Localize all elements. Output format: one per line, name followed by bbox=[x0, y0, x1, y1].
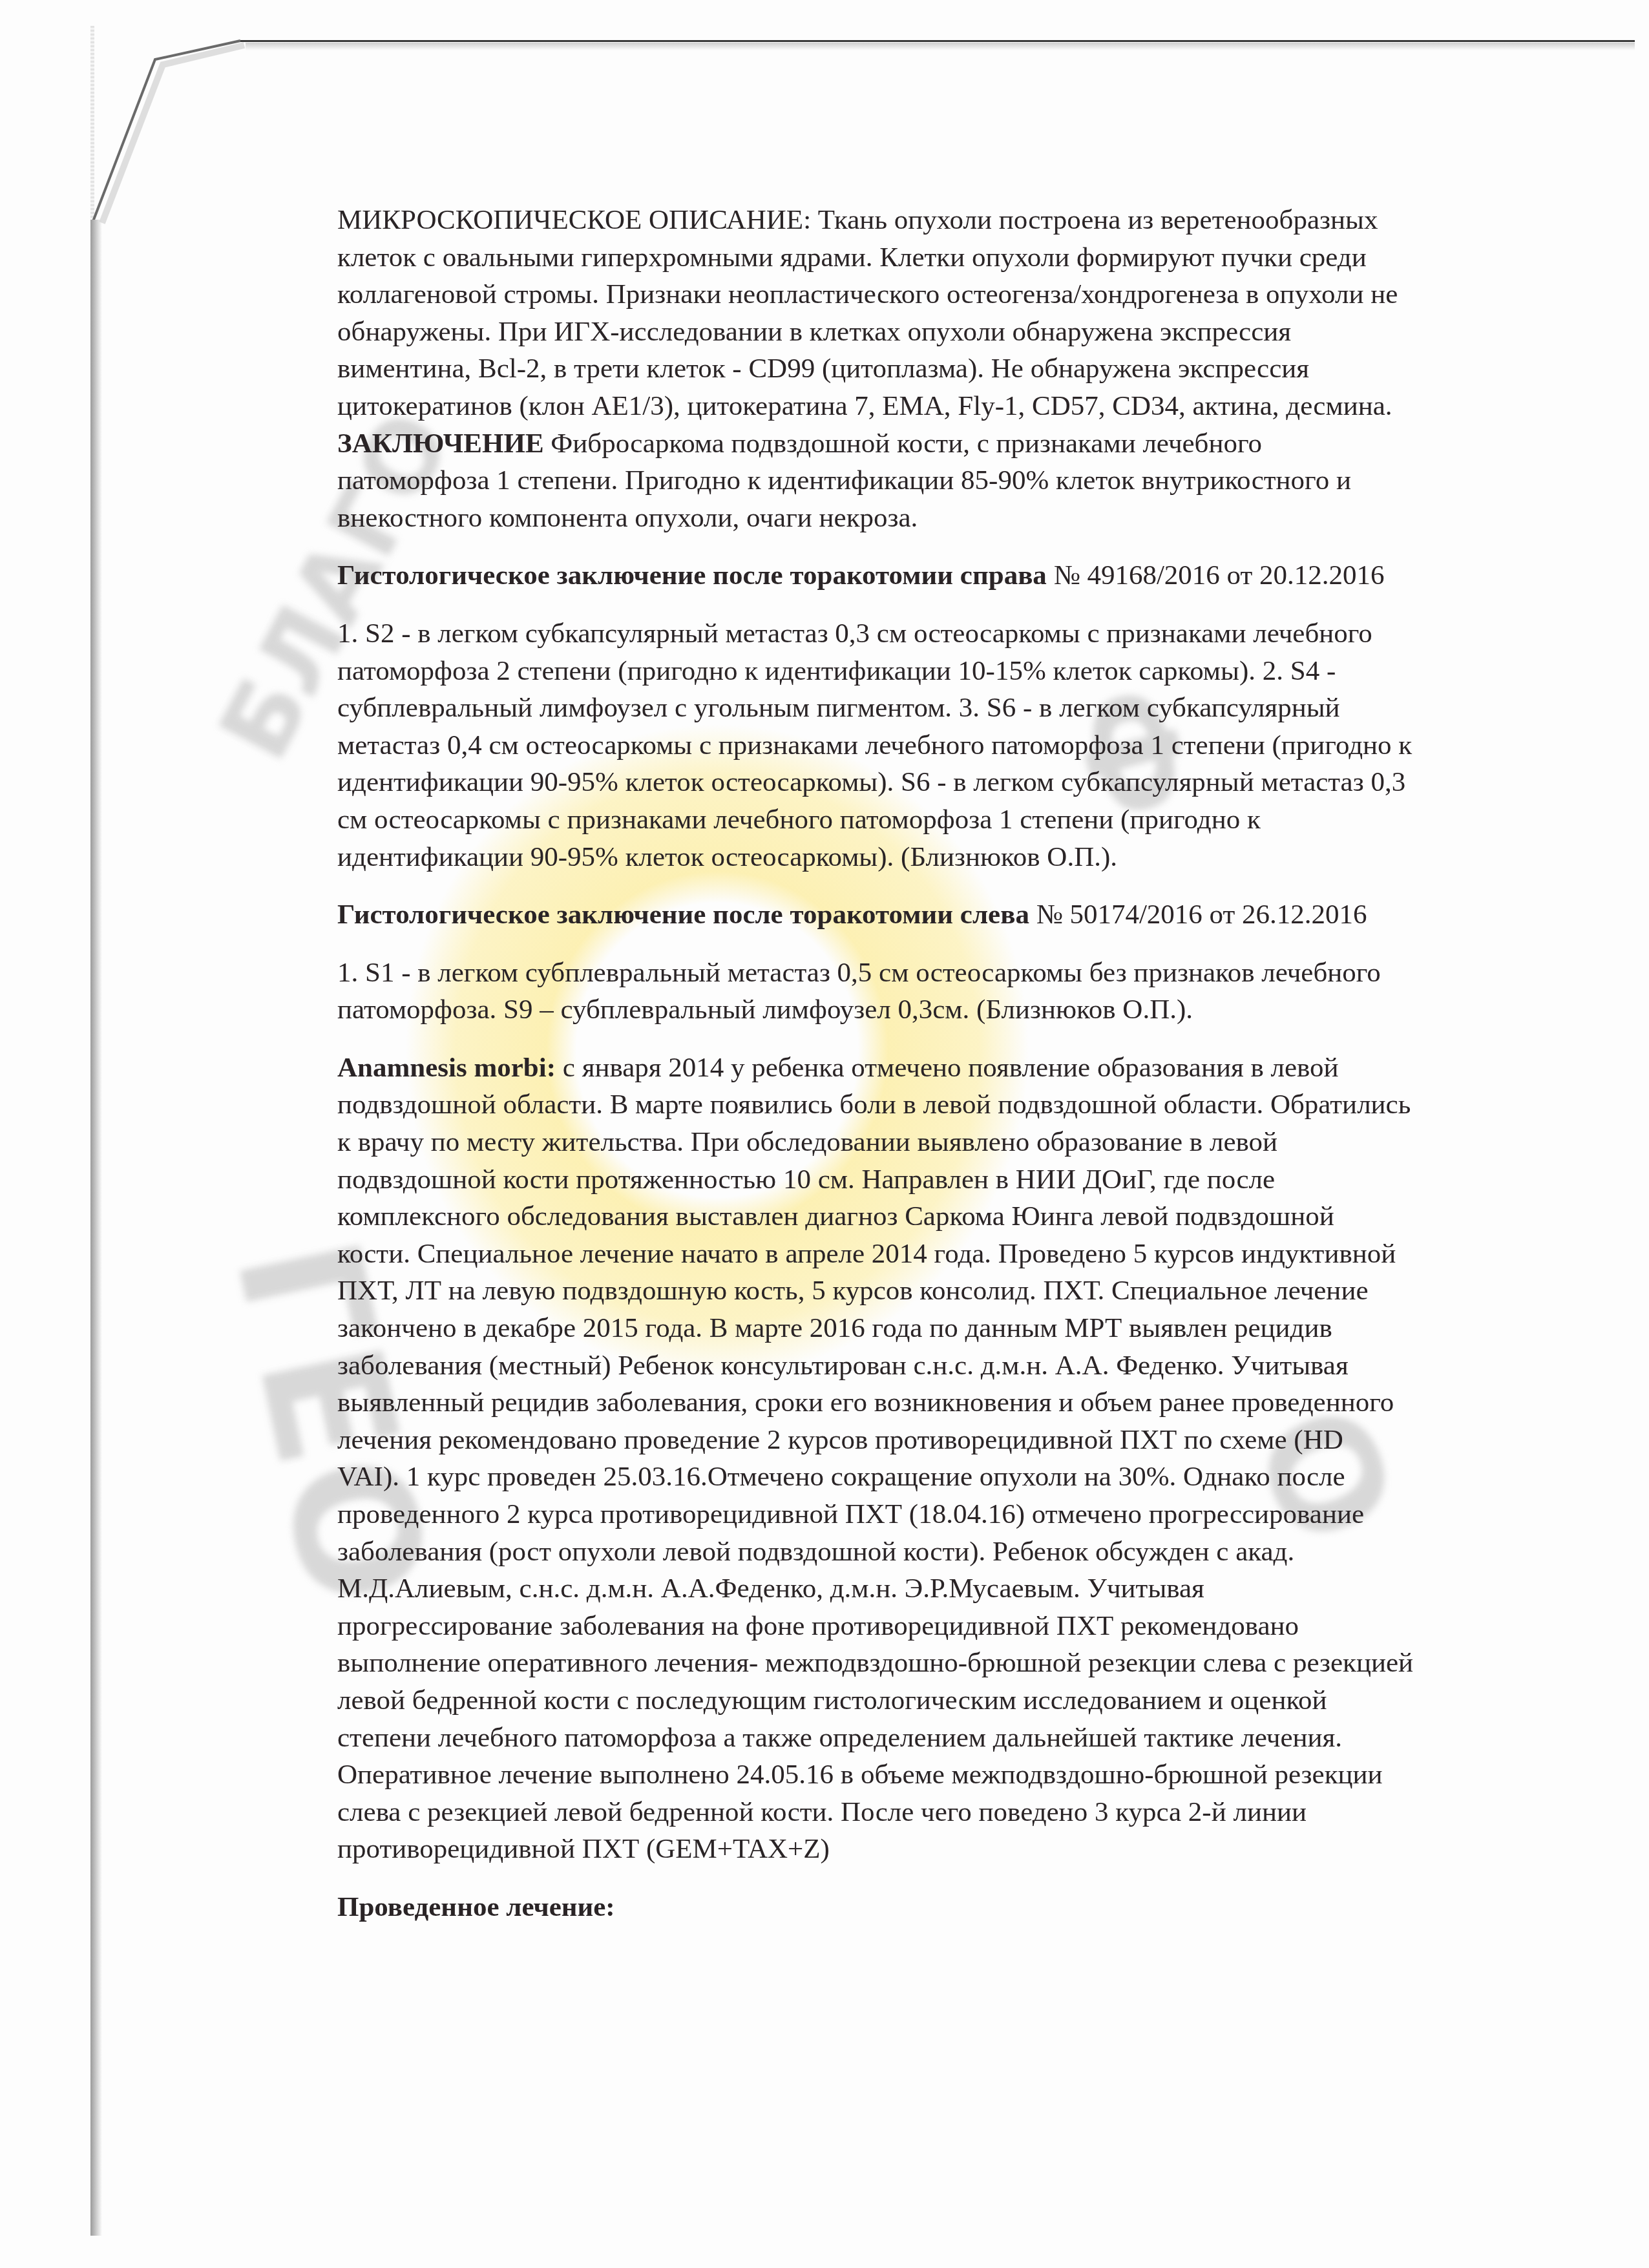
anamnesis-line: выявленный рецидив заболевания, сроки ег… bbox=[337, 1384, 1565, 1422]
scan-left-edge bbox=[90, 220, 102, 2236]
treatment: Проведенное лечение: bbox=[337, 1889, 1565, 1926]
anamnesis-line: лечения рекомендовано проведение 2 курсо… bbox=[337, 1422, 1565, 1459]
histology-right-line: субплевральный лимфоузел с угольным пигм… bbox=[337, 689, 1565, 727]
spacer bbox=[337, 934, 1565, 954]
histology-left-ref: № 50174/2016 от 26.12.2016 bbox=[1029, 899, 1367, 930]
conclusion-line: патоморфоза 1 степени. Пригодно к иденти… bbox=[337, 462, 1565, 499]
conclusion-line: внекостного компонента опухоли, очаги не… bbox=[337, 499, 1565, 537]
anamnesis-line: Оперативное лечение выполнено 24.05.16 в… bbox=[337, 1756, 1565, 1794]
microscopic-line: виментина, Bcl-2, в трети клеток - CD99 … bbox=[337, 350, 1565, 388]
histology-right-line: 1. S2 - в легком субкапсулярный метастаз… bbox=[337, 615, 1565, 653]
microscopic-line: цитокератинов (клон AE1/3), цитокератина… bbox=[337, 388, 1565, 425]
microscopic-description: МИКРОСКОПИЧЕСКОЕ ОПИСАНИЕ: Ткань опухоли… bbox=[337, 202, 1565, 425]
microscopic-line: клеток с овальными гиперхромными ядрами.… bbox=[337, 239, 1565, 277]
scan-top-edge-shadow bbox=[246, 43, 1635, 50]
scan-top-edge bbox=[240, 40, 1635, 42]
anamnesis-line: выполнение оперативного лечения- межподв… bbox=[337, 1644, 1565, 1682]
anamnesis-line: прогрессирование заболевания на фоне про… bbox=[337, 1608, 1565, 1645]
conclusion-line: ЗАКЛЮЧЕНИЕ Фибросаркома подвздошной кост… bbox=[337, 425, 1565, 463]
histology-right-heading: Гистологическое заключение после торакот… bbox=[337, 557, 1565, 594]
histology-left: Гистологическое заключение после торакот… bbox=[337, 896, 1565, 1029]
anamnesis-line: VAI). 1 курс проведен 25.03.16.Отмечено … bbox=[337, 1458, 1565, 1496]
spacer bbox=[337, 536, 1565, 557]
anamnesis-line: ПХТ, ЛТ на левую подвздошную кость, 5 ку… bbox=[337, 1272, 1565, 1310]
anamnesis-morbi: Anamnesis morbi: с января 2014 у ребенка… bbox=[337, 1049, 1565, 1868]
spacer bbox=[337, 1868, 1565, 1889]
treatment-heading: Проведенное лечение: bbox=[337, 1889, 1565, 1926]
anamnesis-line: степени лечебного патоморфоза а также оп… bbox=[337, 1719, 1565, 1757]
spacer bbox=[337, 876, 1565, 896]
anamnesis-line: заболевания (рост опухоли левой подвздош… bbox=[337, 1533, 1565, 1571]
anamnesis-line: подвздошной кости протяженностью 10 см. … bbox=[337, 1161, 1565, 1199]
microscopic-line: обнаружены. При ИГХ-исследовании в клетк… bbox=[337, 313, 1565, 351]
conclusion: ЗАКЛЮЧЕНИЕ Фибросаркома подвздошной кост… bbox=[337, 425, 1565, 537]
histology-right-line: патоморфоза 2 степени (пригодно к иденти… bbox=[337, 653, 1565, 690]
anamnesis-line: Anamnesis morbi: с января 2014 у ребенка… bbox=[337, 1049, 1565, 1087]
histology-right-line: см остеосаркомы с признаками лечебного п… bbox=[337, 801, 1565, 839]
histology-right-line: идентификации 90-95% клеток остеосаркомы… bbox=[337, 764, 1565, 801]
anamnesis-line: подвздошной области. В марте появились б… bbox=[337, 1086, 1565, 1124]
histology-right-line: метастаз 0,4 см остеосаркомы с признакам… bbox=[337, 727, 1565, 764]
microscopic-line: МИКРОСКОПИЧЕСКОЕ ОПИСАНИЕ: Ткань опухоли… bbox=[337, 202, 1565, 239]
anamnesis-line: комплексного обследования выставлен диаг… bbox=[337, 1198, 1565, 1235]
document-body: МИКРОСКОПИЧЕСКОЕ ОПИСАНИЕ: Ткань опухоли… bbox=[337, 202, 1565, 1926]
anamnesis-line: противорецидивной ПХТ (GEM+TAX+Z) bbox=[337, 1831, 1565, 1868]
microscopic-line: коллагеновой стромы. Признаки неопластич… bbox=[337, 276, 1565, 313]
anamnesis-line: слева с резекцией левой бедренной кости.… bbox=[337, 1794, 1565, 1831]
spacer bbox=[337, 1029, 1565, 1049]
anamnesis-line: М.Д.Алиевым, с.н.с. д.м.н. А.А.Феденко, … bbox=[337, 1570, 1565, 1608]
conclusion-label: ЗАКЛЮЧЕНИЕ bbox=[337, 428, 544, 459]
histology-left-line: 1. S1 - в легком субплевральный метастаз… bbox=[337, 954, 1565, 992]
anamnesis-line: левой бедренной кости с последующим гист… bbox=[337, 1682, 1565, 1719]
histology-right-line: идентификации 90-95% клеток остеосаркомы… bbox=[337, 839, 1565, 876]
spacer bbox=[337, 594, 1565, 615]
anamnesis-line: заболевания (местный) Ребенок консультир… bbox=[337, 1347, 1565, 1385]
histology-right: Гистологическое заключение после торакот… bbox=[337, 557, 1565, 876]
microscopic-label: МИКРОСКОПИЧЕСКОЕ ОПИСАНИЕ: bbox=[337, 205, 811, 235]
anamnesis-line: проведенного 2 курса противорецидивной П… bbox=[337, 1496, 1565, 1533]
anamnesis-line: к врачу по месту жительства. При обследо… bbox=[337, 1124, 1565, 1161]
histology-right-ref: № 49168/2016 от 20.12.2016 bbox=[1047, 560, 1385, 591]
anamnesis-line: закончено в декабре 2015 года. В марте 2… bbox=[337, 1310, 1565, 1347]
histology-left-line: патоморфоза. S9 – субплевральный лимфоуз… bbox=[337, 991, 1565, 1029]
anamnesis-label: Anamnesis morbi: bbox=[337, 1053, 556, 1083]
histology-left-heading: Гистологическое заключение после торакот… bbox=[337, 896, 1565, 934]
anamnesis-line: кости. Специальное лечение начато в апре… bbox=[337, 1235, 1565, 1273]
